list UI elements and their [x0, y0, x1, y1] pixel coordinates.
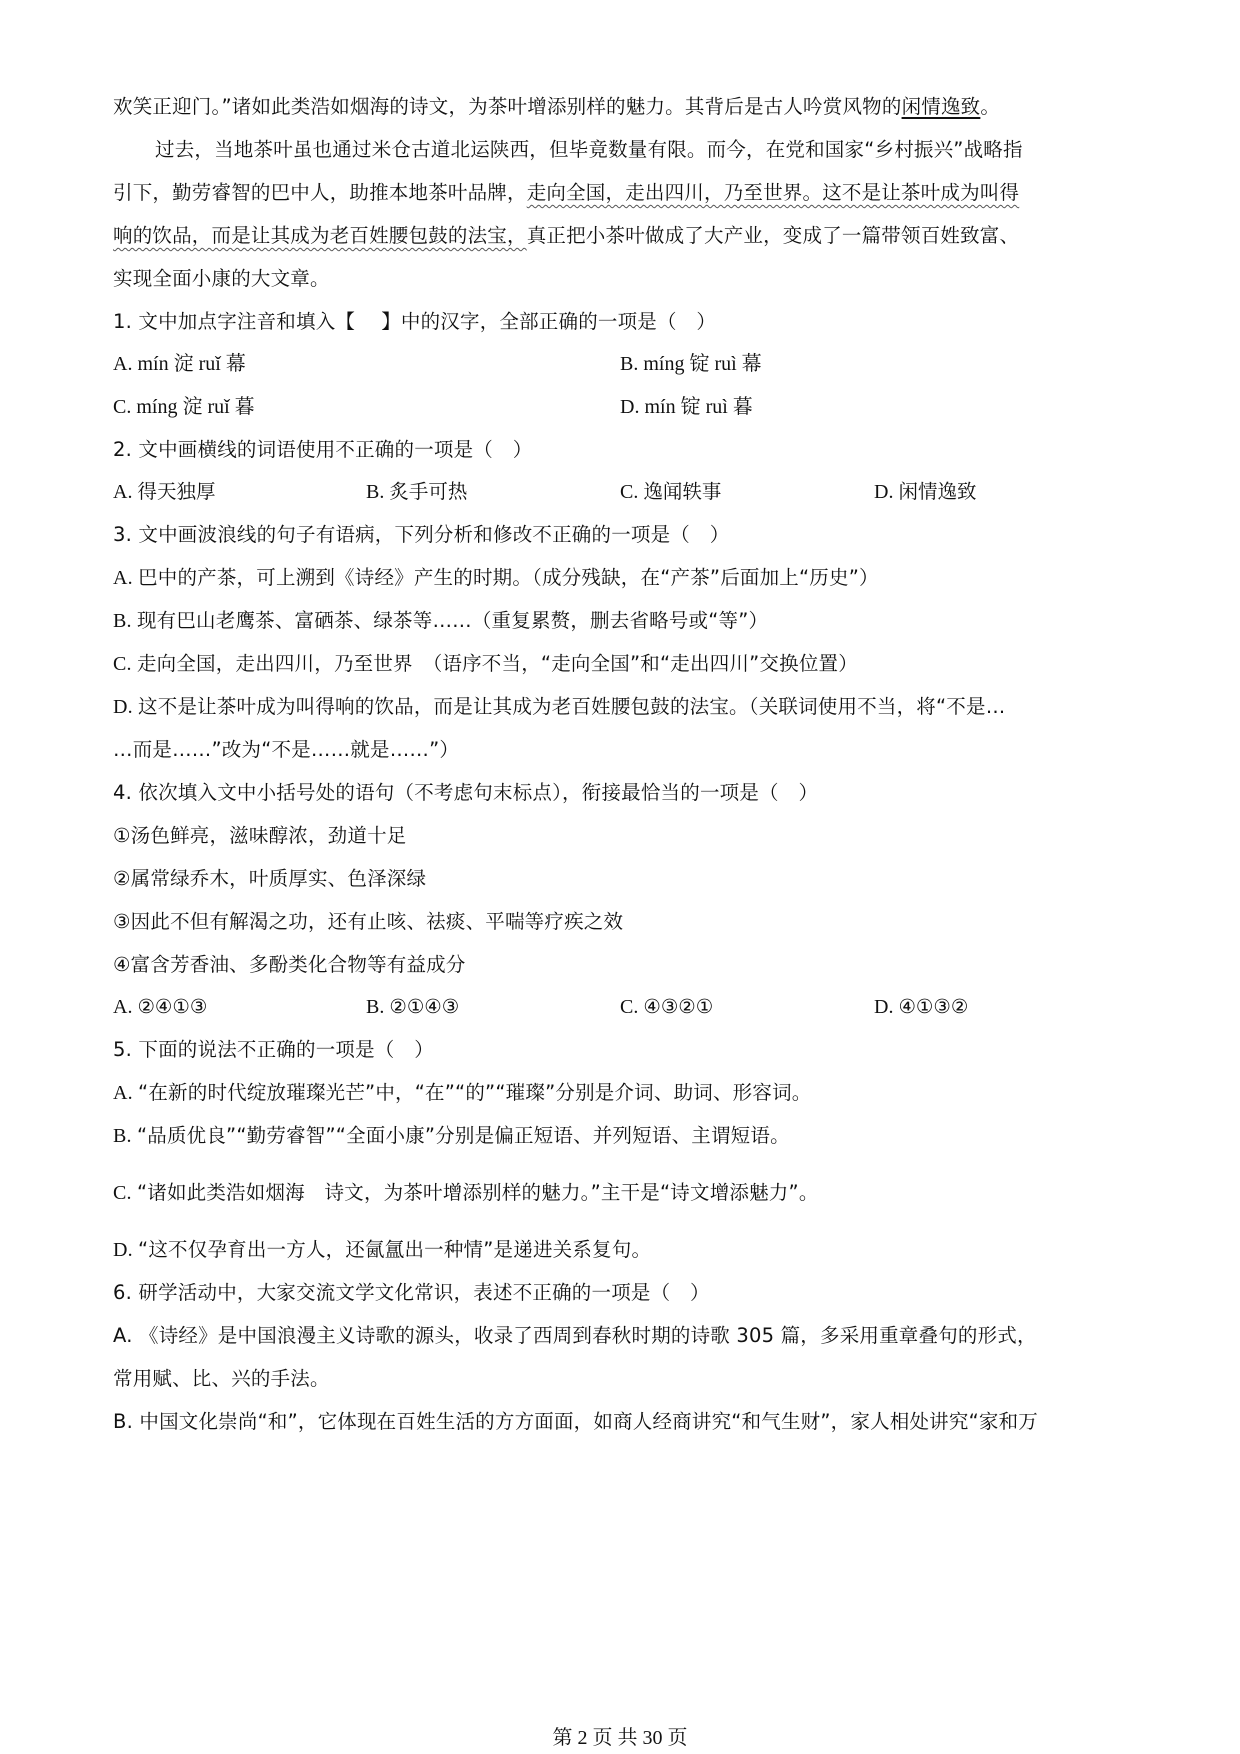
q3-option-a: A. 巴中的产茶，可上溯到《诗经》产生的时期。（成分残缺，在“产茶”后面加上“历… [113, 564, 1133, 592]
q5-option-b: B. “品质优良”“勤劳睿智”“全面小康”分别是偏正短语、并列短语、主谓短语。 [113, 1122, 1133, 1150]
q5-option-c: C. “诸如此类浩如烟海 诗文，为茶叶增添别样的魅力。”主干是“诗文增添魅力”。 [113, 1179, 1133, 1207]
passage-text: 。 [980, 95, 1000, 118]
q5-option-d: D. “这不仅孕育出一方人，还氤氲出一种情”是递进关系复句。 [113, 1236, 1133, 1264]
question-3-stem: 3. 文中画波浪线的句子有语病，下列分析和修改不正确的一项是（ ） [113, 521, 1133, 549]
passage-text: 引下，勤劳睿智的巴中人，助推本地茶叶品牌， [113, 181, 527, 204]
wavy-underlined-sentence: 走向全国，走出四川，乃至世界。这不是让茶叶成为叫得 [527, 181, 1020, 204]
q1-option-a: A. mín 淀 ruǐ 幕 [113, 350, 246, 378]
underlined-phrase: 闲情逸致 [902, 95, 981, 118]
q4-sentence-4: ④富含芳香油、多酚类化合物等有益成分 [113, 951, 1133, 979]
question-4-stem: 4. 依次填入文中小括号处的语句（不考虑句末标点），衔接最恰当的一项是（ ） [113, 779, 1133, 807]
question-2-stem: 2. 文中画横线的词语使用不正确的一项是（ ） [113, 436, 1133, 464]
q4-option-a: A. ②④①③ [113, 993, 207, 1021]
q3-option-c: C. 走向全国，走出四川，乃至世界 （语序不当，“走向全国”和“走出四川”交换位… [113, 650, 1133, 678]
q4-sentence-1: ①汤色鲜亮，滋味醇浓，劲道十足 [113, 822, 1133, 850]
q6-option-a-continuation: 常用赋、比、兴的手法。 [113, 1365, 1133, 1393]
q1-option-b: B. míng 锭 ruì 幕 [620, 350, 762, 378]
passage-text: 真正把小茶叶做成了大产业，变成了一篇带领百姓致富、 [527, 224, 1020, 247]
passage-line-2: 过去，当地茶叶虽也通过米仓古道北运陕西，但毕竟数量有限。而今，在党和国家“乡村振… [155, 136, 1175, 164]
q5-option-a: A. “在新的时代绽放璀璨光芒”中，“在”“的”“璀璨”分别是介词、助词、形容词… [113, 1079, 1133, 1107]
document-page: 欢笑正迎门。”诸如此类浩如烟海的诗文，为茶叶增添别样的魅力。其背后是古人吟赏风物… [0, 0, 1240, 1754]
question-6-stem: 6. 研学活动中，大家交流文学文化常识，表述不正确的一项是（ ） [113, 1279, 1133, 1307]
question-5-stem: 5. 下面的说法不正确的一项是（ ） [113, 1036, 1133, 1064]
q3-option-d: D. 这不是让茶叶成为叫得响的饮品，而是让其成为老百姓腰包鼓的法宝。（关联词使用… [113, 693, 1133, 721]
q6-option-b: B. 中国文化崇尚“和”，它体现在百姓生活的方方面面，如商人经商讲究“和气生财”… [113, 1408, 1133, 1436]
q4-sentence-2: ②属常绿乔木，叶质厚实、色泽深绿 [113, 865, 1133, 893]
q1-option-c: C. míng 淀 ruǐ 暮 [113, 393, 255, 421]
question-1-stem: 1. 文中加点字注音和填入【 】中的汉字，全部正确的一项是（ ） [113, 308, 1133, 336]
q3-option-d-continuation: …而是……”改为“不是……就是……”） [113, 736, 1133, 764]
q4-option-c: C. ④③②① [620, 993, 713, 1021]
passage-line-3: 引下，勤劳睿智的巴中人，助推本地茶叶品牌，走向全国，走出四川，乃至世界。这不是让… [113, 179, 1133, 207]
page-number-footer: 第 2 页 共 30 页 [0, 1726, 1240, 1750]
q2-option-d: D. 闲情逸致 [874, 478, 976, 506]
wavy-underlined-sentence: 响的饮品，而是让其成为老百姓腰包鼓的法宝， [113, 224, 527, 247]
q3-option-b: B. 现有巴山老鹰茶、富硒茶、绿茶等……（重复累赘，删去省略号或“等”） [113, 607, 1133, 635]
passage-line-4: 响的饮品，而是让其成为老百姓腰包鼓的法宝，真正把小茶叶做成了大产业，变成了一篇带… [113, 222, 1133, 250]
q2-option-a: A. 得天独厚 [113, 478, 215, 506]
passage-text: 欢笑正迎门。”诸如此类浩如烟海的诗文，为茶叶增添别样的魅力。其背后是古人吟赏风物… [113, 95, 902, 118]
q4-option-d: D. ④①③② [874, 993, 968, 1021]
passage-line-5: 实现全面小康的大文章。 [113, 265, 1133, 293]
q4-option-b: B. ②①④③ [366, 993, 459, 1021]
q1-option-d: D. mín 锭 ruì 暮 [620, 393, 753, 421]
q6-option-a: A. 《诗经》是中国浪漫主义诗歌的源头，收录了西周到春秋时期的诗歌 305 篇，… [113, 1322, 1133, 1350]
q2-option-b: B. 炙手可热 [366, 478, 467, 506]
q2-option-c: C. 逸闻轶事 [620, 478, 721, 506]
passage-line-1: 欢笑正迎门。”诸如此类浩如烟海的诗文，为茶叶增添别样的魅力。其背后是古人吟赏风物… [113, 93, 1133, 121]
q4-sentence-3: ③因此不但有解渴之功，还有止咳、祛痰、平喘等疗疾之效 [113, 908, 1133, 936]
